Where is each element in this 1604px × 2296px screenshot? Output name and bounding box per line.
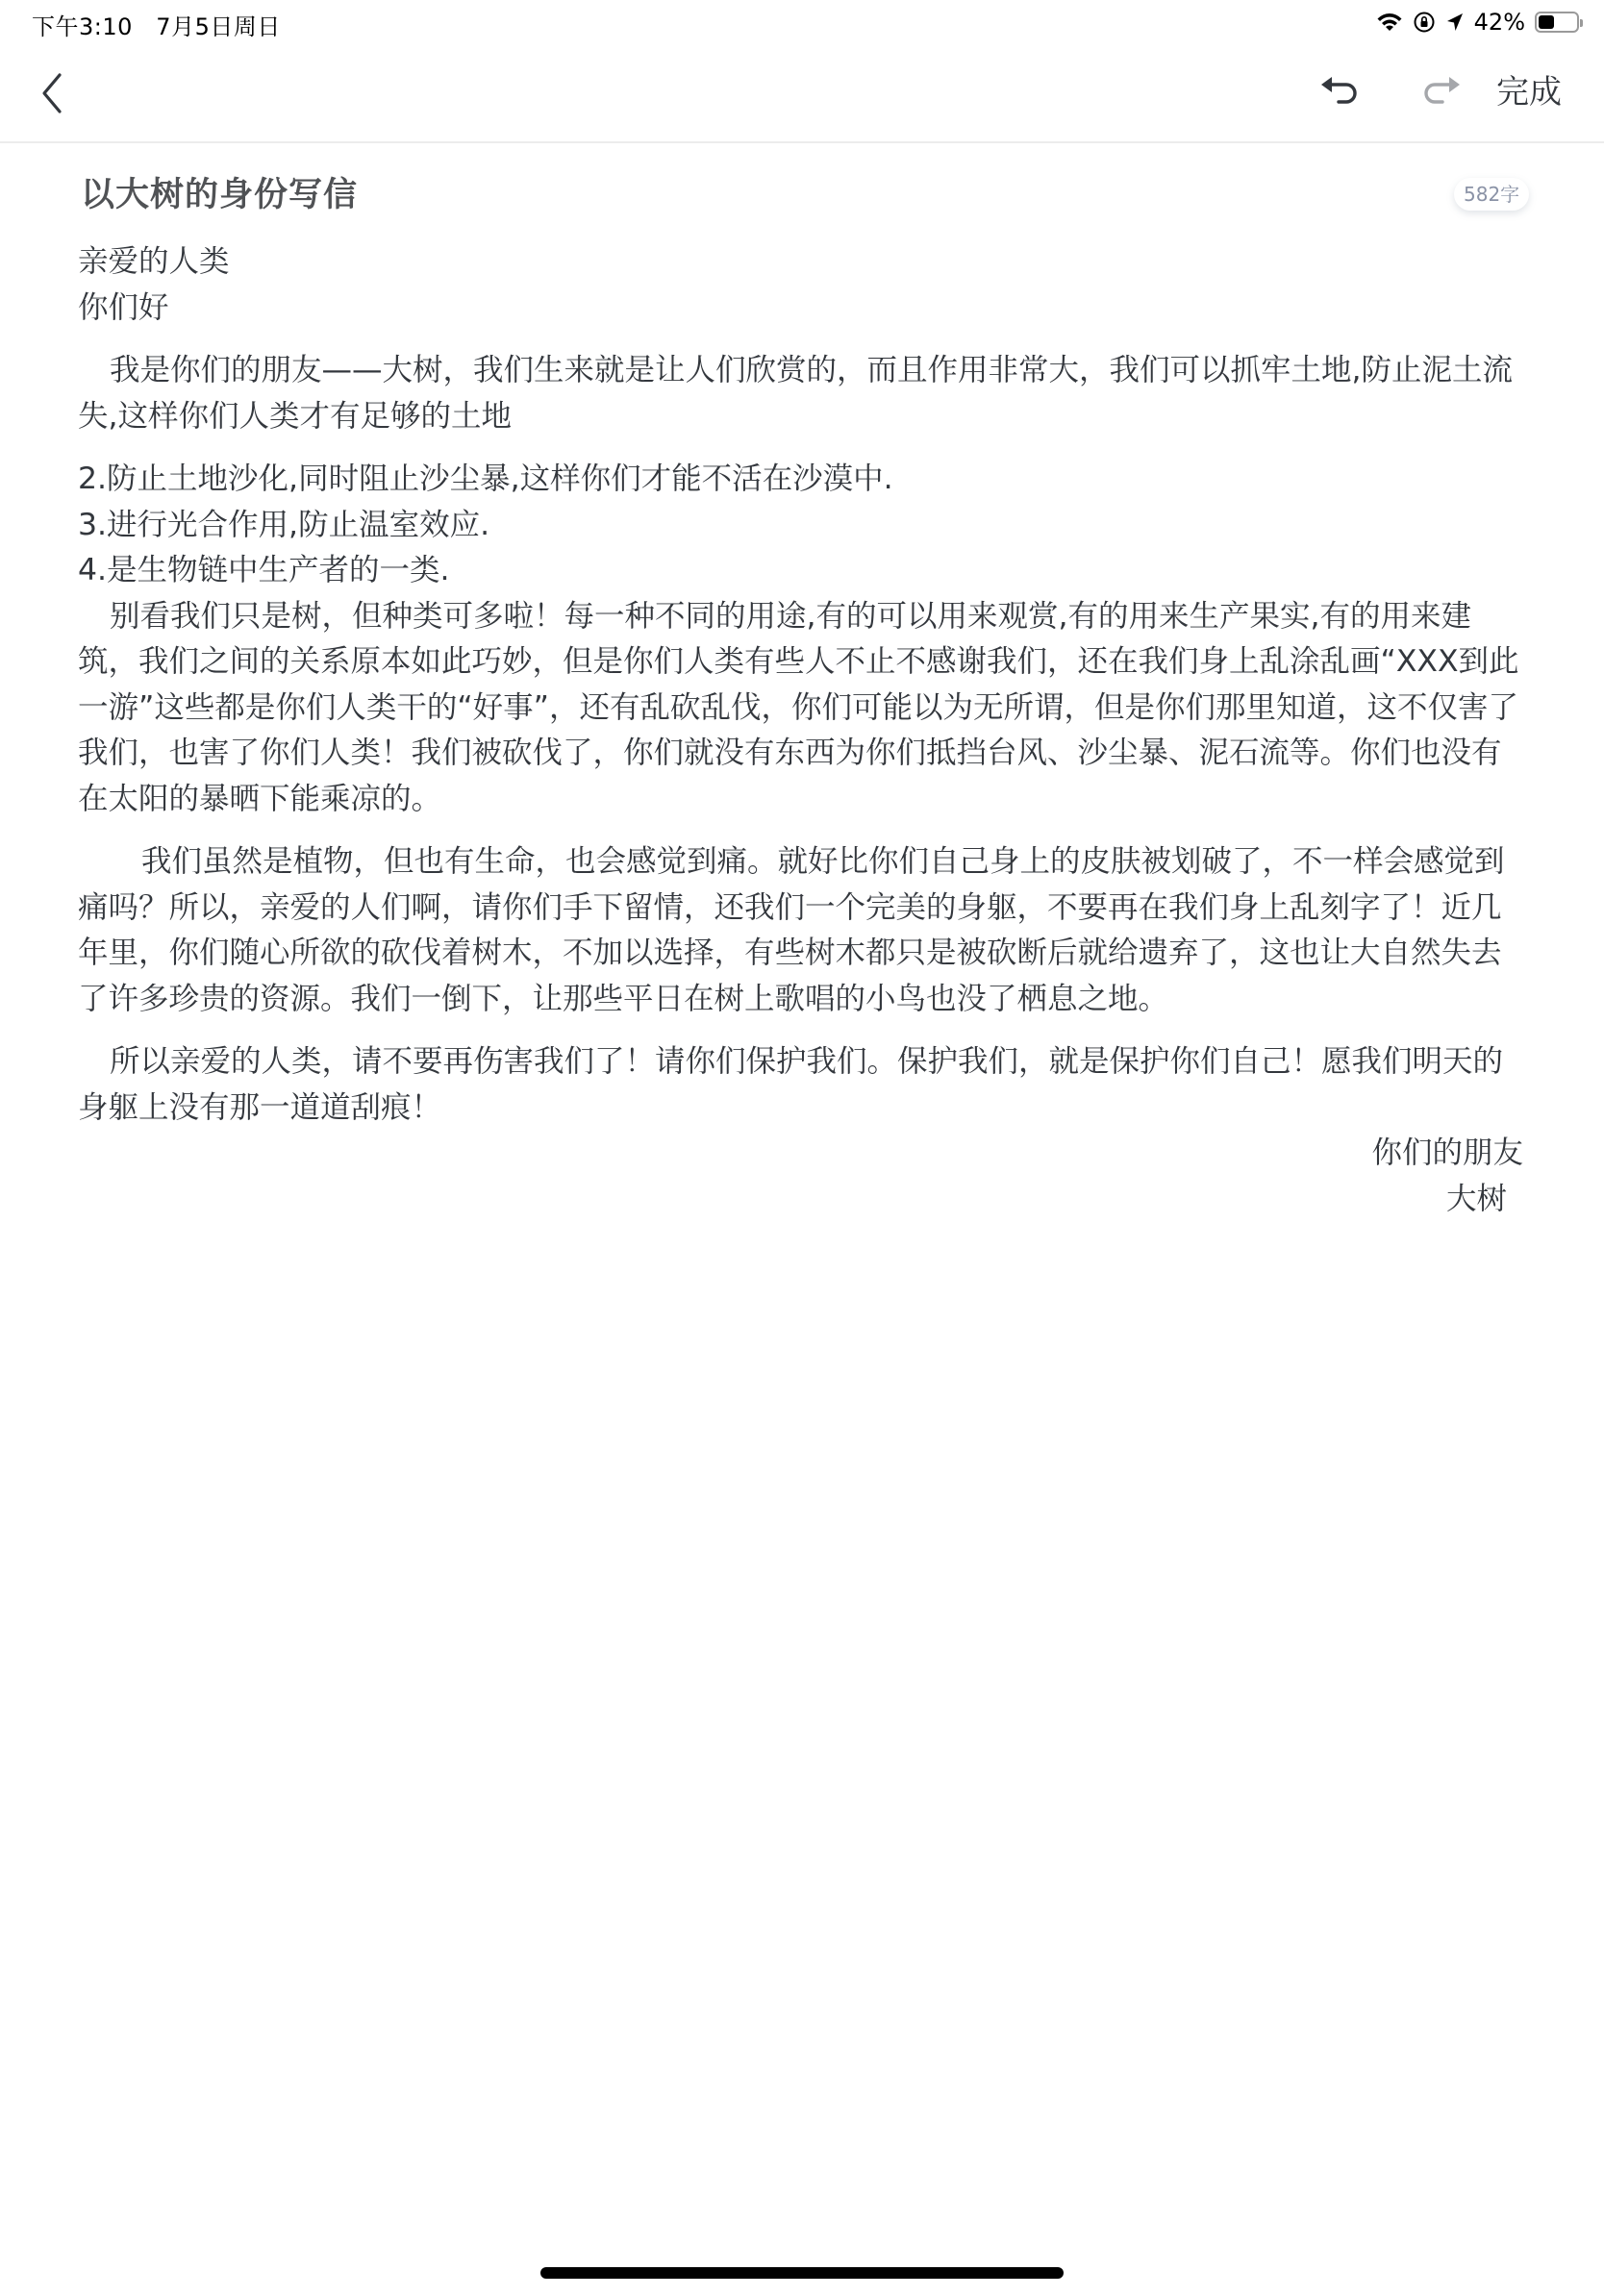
redo-icon (1417, 73, 1464, 112)
editor-toolbar: 完成 (0, 44, 1604, 143)
location-arrow-icon (1445, 12, 1465, 33)
document-title[interactable]: 以大树的身份写信 (81, 168, 358, 216)
list-item: 3.进行光合作用,防止温室效应. (78, 503, 1530, 549)
undo-icon (1317, 73, 1364, 112)
paragraph: 所以亲爱的人类，请不要再伤害我们了！请你们保护我们。保护我们，就是保护你们自己！… (78, 1039, 1530, 1131)
home-indicator[interactable] (540, 2267, 1064, 2279)
signature-name: 大树 (78, 1177, 1530, 1223)
status-bar: 下午3:10 7月5日周日 42% (0, 0, 1604, 44)
list-item: 4.是生物链中生产者的一类. (78, 548, 1530, 594)
greeting-line: 亲爱的人类 (78, 239, 1530, 286)
wifi-icon (1376, 12, 1403, 33)
done-button[interactable]: 完成 (1496, 73, 1562, 112)
status-time: 下午3:10 (32, 13, 133, 40)
chevron-left-icon (35, 71, 73, 115)
document-body[interactable]: 亲爱的人类 你们好 我是你们的朋友——大树，我们生来就是让人们欣赏的，而且作用非… (78, 239, 1530, 1222)
greeting-line: 你们好 (78, 286, 1530, 332)
status-date: 7月5日周日 (156, 13, 281, 40)
paragraph: 我是你们的朋友——大树，我们生来就是让人们欣赏的，而且作用非常大，我们可以抓牢土… (78, 348, 1530, 439)
signature-closing: 你们的朋友 (78, 1131, 1530, 1177)
paragraph: 我们虽然是植物，但也有生命，也会感觉到痛。就好比你们自己身上的皮肤被划破了，不一… (78, 839, 1530, 1022)
battery-icon (1535, 12, 1579, 33)
back-button[interactable] (35, 71, 73, 115)
word-count-badge: 582字 (1454, 178, 1529, 211)
orientation-lock-icon (1413, 11, 1436, 34)
list-item: 2.防止土地沙化,同时阻止沙尘暴,这样你们才能不活在沙漠中. (78, 457, 1530, 503)
undo-button[interactable] (1317, 73, 1364, 112)
status-indicators: 42% (1376, 8, 1579, 37)
redo-button[interactable] (1417, 73, 1464, 112)
paragraph: 别看我们只是树，但种类可多啦！每一种不同的用途,有的可以用来观赏,有的用来生产果… (78, 594, 1530, 823)
battery-percent: 42% (1474, 9, 1525, 36)
status-time-date: 下午3:10 7月5日周日 (32, 8, 281, 41)
